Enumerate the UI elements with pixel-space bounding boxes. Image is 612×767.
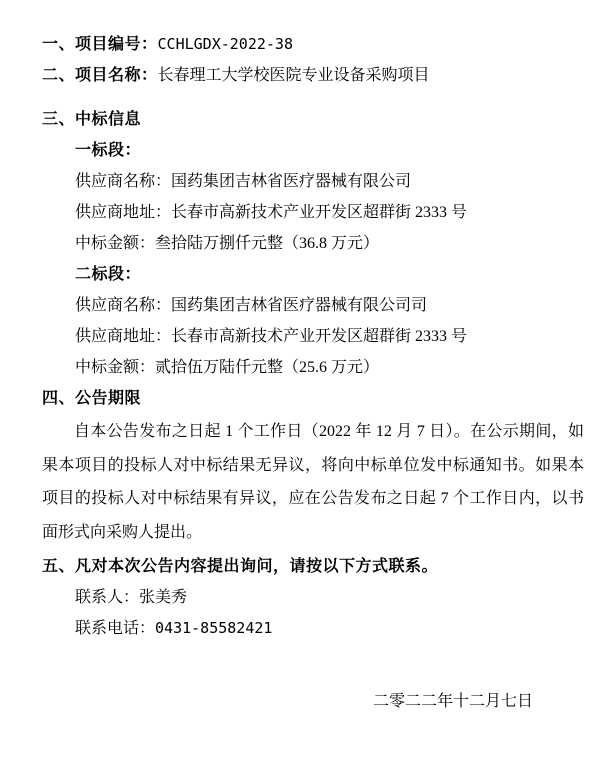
lot-2-supplier-address-line: 供应商地址：长春市高新技术产业开发区超群街 2333 号: [75, 321, 584, 352]
lot-2-section: 二标段： 供应商名称：国药集团吉林省医疗器械有限公司司 供应商地址：长春市高新技…: [42, 259, 584, 383]
lot-2-supplier-name-line: 供应商名称：国药集团吉林省医疗器械有限公司司: [75, 290, 584, 321]
award-amount-value: 贰拾伍万陆仟元整（25.6 万元）: [155, 359, 379, 376]
supplier-address-label: 供应商地址：: [75, 328, 171, 345]
project-name-value: 长春理工大学校医院专业设备采购项目: [158, 67, 430, 84]
contact-phone-line: 联系电话：0431-85582421: [75, 613, 584, 644]
award-amount-label: 中标金额：: [75, 359, 155, 376]
project-name-line: 二、项目名称：长春理工大学校医院专业设备采购项目: [42, 60, 584, 91]
section-contact-title: 五、凡对本次公告内容提出询问，请按以下方式联系。: [42, 551, 584, 582]
announcement-date: 二零二二年十二月七日: [42, 686, 584, 717]
contact-person-line: 联系人：张美秀: [75, 582, 584, 613]
supplier-address-value: 长春市高新技术产业开发区超群街 2333 号: [171, 328, 467, 345]
announcement-document: 一、项目编号：CCHLGDX-2022-38 二、项目名称：长春理工大学校医院专…: [0, 0, 612, 767]
supplier-name-label: 供应商名称：: [75, 297, 171, 314]
section-award-info-title: 三、中标信息: [42, 104, 584, 135]
supplier-address-value: 长春市高新技术产业开发区超群街 2333 号: [171, 204, 467, 221]
supplier-address-label: 供应商地址：: [75, 204, 171, 221]
lot-1-section: 一标段： 供应商名称：国药集团吉林省医疗器械有限公司 供应商地址：长春市高新技术…: [42, 135, 584, 259]
award-amount-label: 中标金额：: [75, 235, 155, 252]
project-number-line: 一、项目编号：CCHLGDX-2022-38: [42, 29, 584, 60]
contact-person-label: 联系人：: [75, 589, 139, 606]
supplier-name-value: 国药集团吉林省医疗器械有限公司: [171, 173, 411, 190]
contact-phone-value: 0431-85582421: [155, 619, 272, 637]
lot-2-award-amount-line: 中标金额：贰拾伍万陆仟元整（25.6 万元）: [75, 352, 584, 383]
contact-phone-label: 联系电话：: [75, 620, 155, 637]
announcement-period-paragraph: 自本公告发布之日起 1 个工作日（2022 年 12 月 7 日）。在公示期间，…: [42, 415, 584, 549]
project-name-label: 二、项目名称：: [42, 67, 158, 84]
project-number-value: CCHLGDX-2022-38: [158, 35, 293, 53]
section-announcement-period-title: 四、公告期限: [42, 383, 584, 414]
lot-2-title: 二标段：: [75, 259, 584, 290]
supplier-name-label: 供应商名称：: [75, 173, 171, 190]
award-amount-value: 叁拾陆万捌仟元整（36.8 万元）: [155, 235, 379, 252]
lot-1-title: 一标段：: [75, 135, 584, 166]
lot-1-supplier-name-line: 供应商名称：国药集团吉林省医疗器械有限公司: [75, 166, 584, 197]
lot-1-award-amount-line: 中标金额：叁拾陆万捌仟元整（36.8 万元）: [75, 228, 584, 259]
project-number-label: 一、项目编号：: [42, 36, 158, 53]
lot-1-supplier-address-line: 供应商地址：长春市高新技术产业开发区超群街 2333 号: [75, 197, 584, 228]
supplier-name-value: 国药集团吉林省医疗器械有限公司司: [171, 297, 427, 314]
contact-person-value: 张美秀: [139, 589, 187, 606]
